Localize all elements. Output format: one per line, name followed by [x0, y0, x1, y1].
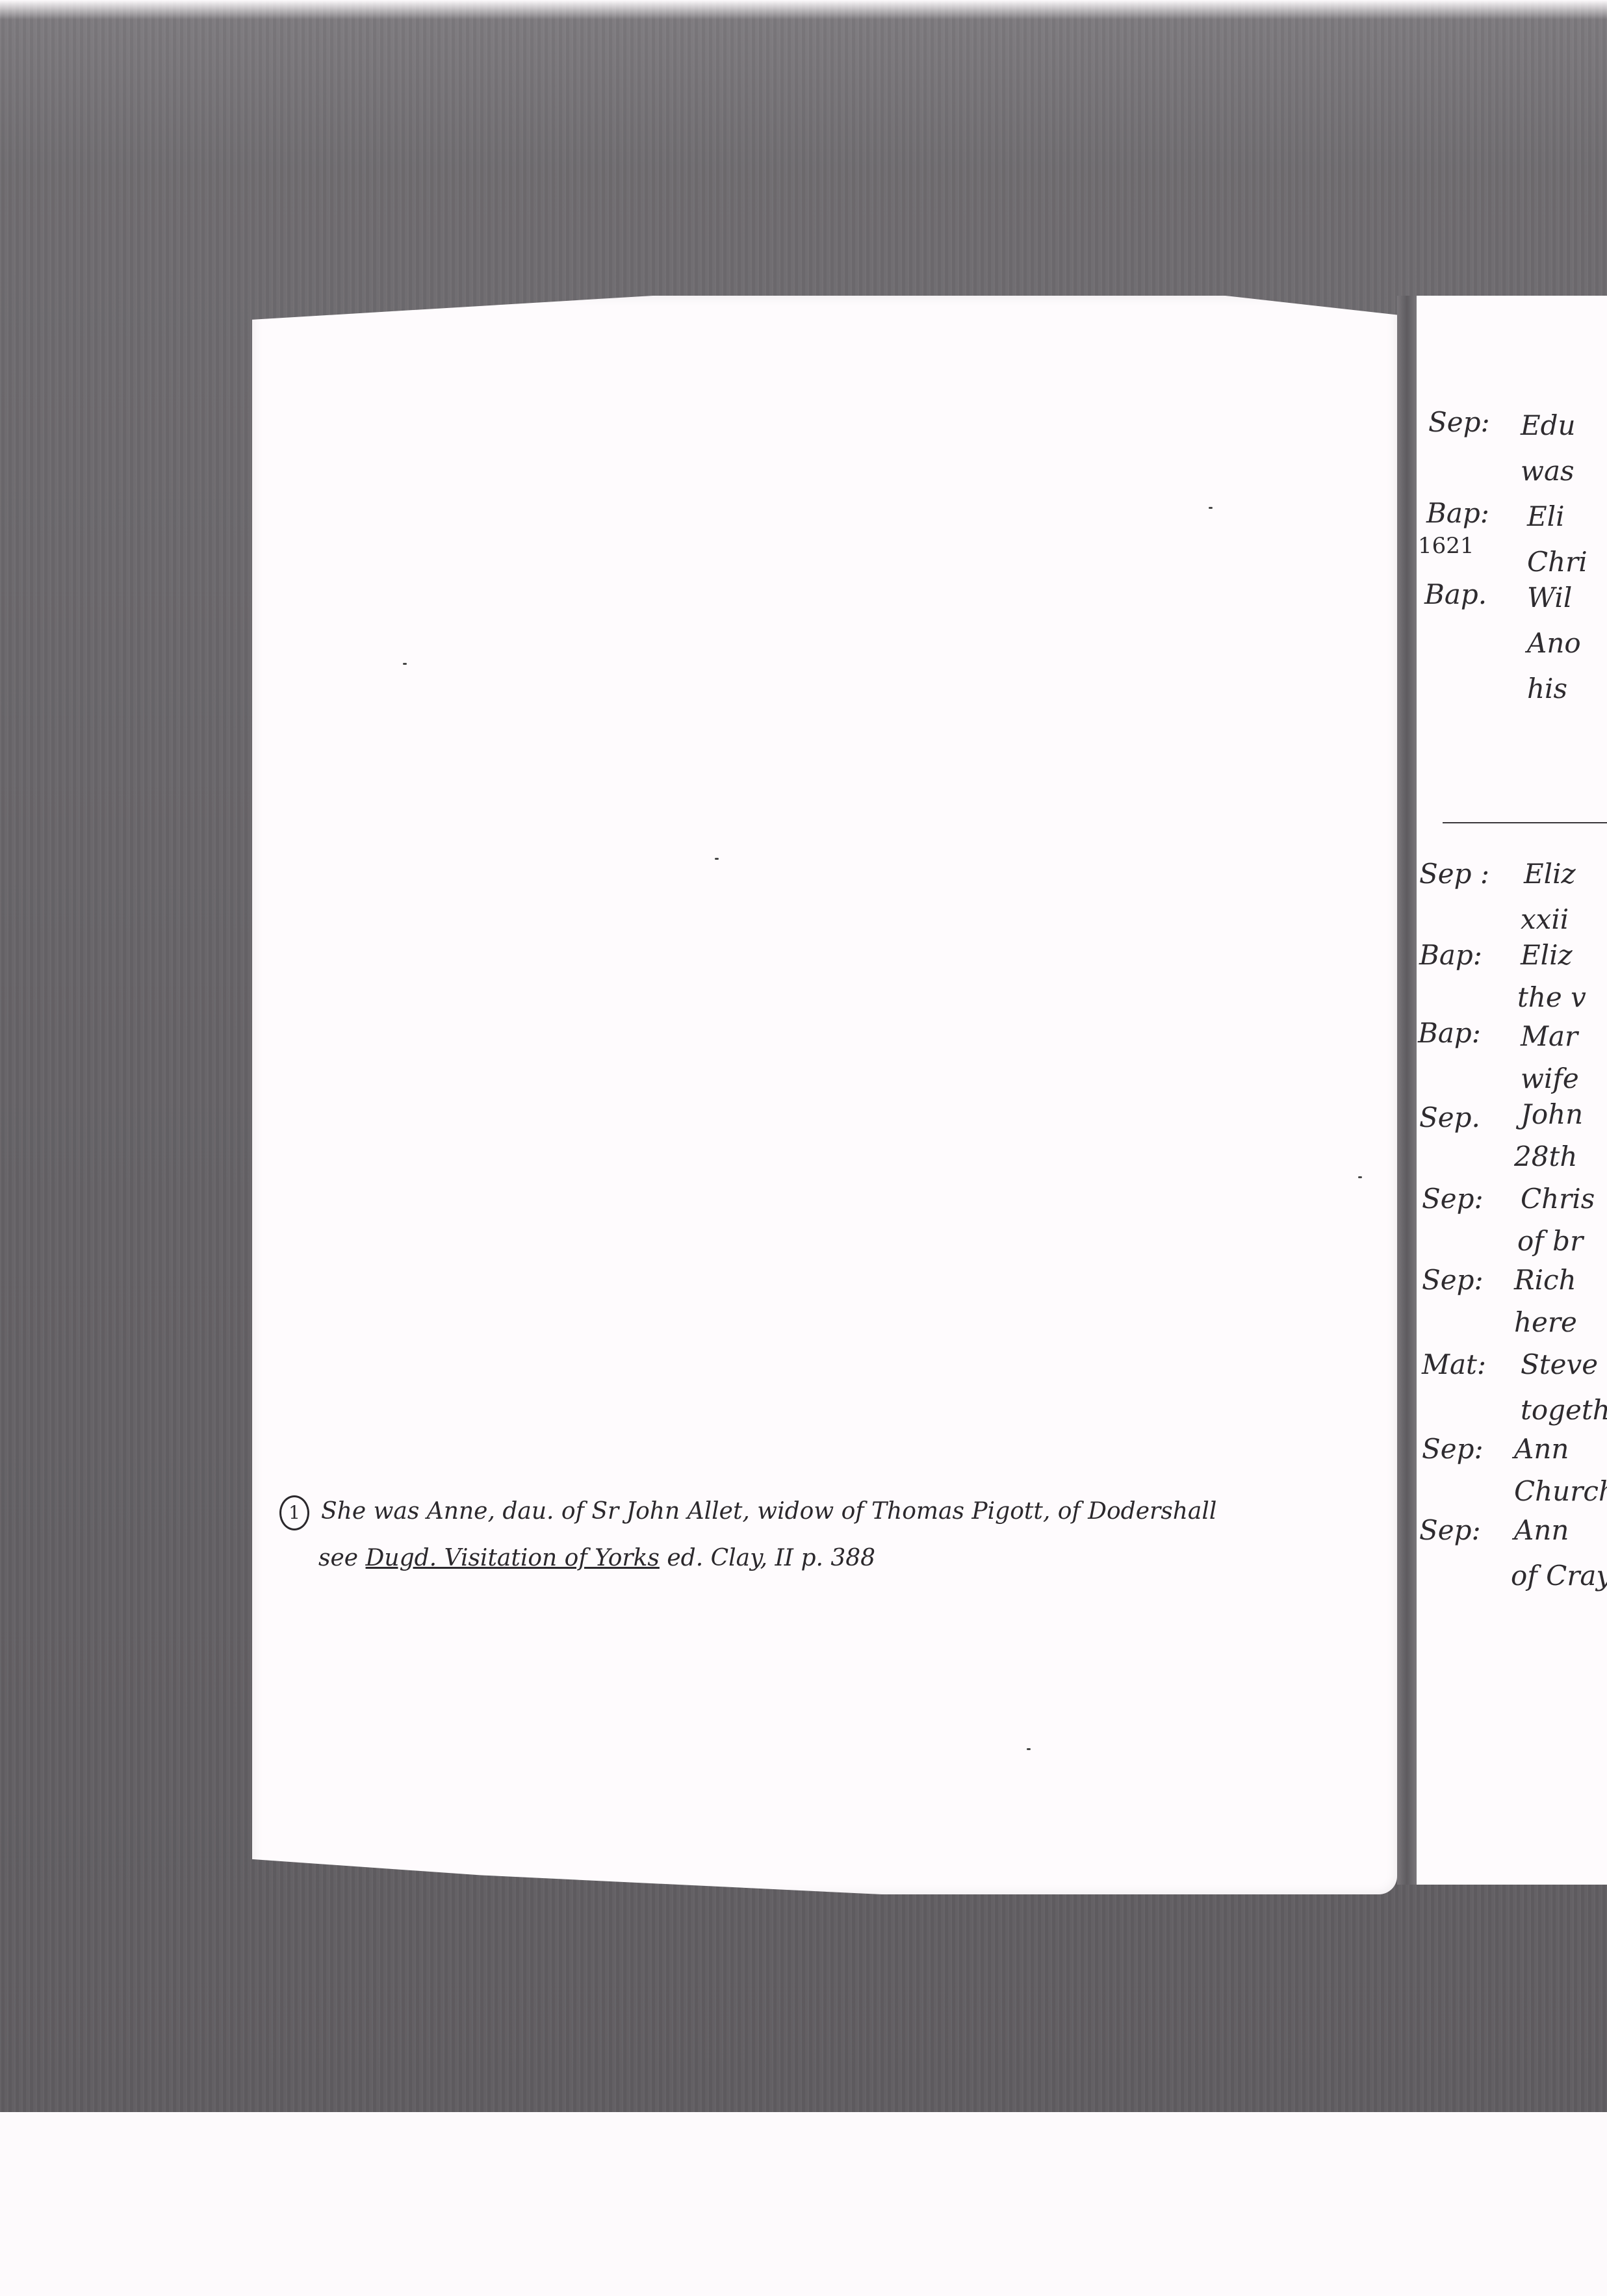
entry-text: John — [1521, 1098, 1583, 1130]
entry-label: Mat: — [1422, 1348, 1486, 1380]
entry-text: Chris — [1521, 1183, 1595, 1215]
section-divider — [1443, 822, 1607, 823]
entry-continuation: wife — [1521, 1063, 1579, 1094]
footnote-line-2: see Dugd. Visitation of Yorks ed. Clay, … — [279, 1535, 1319, 1582]
margin-year: 1621 — [1418, 533, 1474, 559]
footnote-reference-details: ed. Clay, II p. 388 — [667, 1545, 875, 1571]
entry-label: Bap: — [1426, 497, 1489, 529]
entry-continuation: Church — [1514, 1475, 1607, 1507]
footnote-reference-title: Dugd. Visitation of Yorks — [366, 1545, 660, 1571]
entry-continuation: was — [1521, 455, 1575, 487]
right-page: Sep: Edu was Bap: Eli 1621 Chri Bap. Wil… — [1417, 296, 1607, 1885]
entry-text: Mar — [1521, 1020, 1578, 1052]
entry-label: Bap. — [1424, 578, 1487, 610]
entry-text: Edu — [1521, 409, 1576, 441]
scan-speck — [1209, 507, 1213, 509]
entry-continuation: 28th — [1514, 1141, 1577, 1172]
entry-label: Sep: — [1422, 1433, 1484, 1465]
entry-text: Eliz — [1521, 939, 1573, 971]
entry-label: Bap: — [1418, 1017, 1481, 1049]
entry-label: Sep: — [1428, 406, 1490, 438]
scan-top-edge — [0, 0, 1607, 19]
footnote: 1She was Anne, dau. of Sr John Allet, wi… — [279, 1488, 1319, 1582]
entry-continuation: Ano — [1527, 627, 1581, 659]
entry-text: Eli — [1527, 500, 1565, 532]
entry-continuation: of br — [1517, 1225, 1583, 1257]
entry-text: Eliz — [1524, 858, 1576, 890]
entry-continuation: of Cray — [1511, 1560, 1607, 1592]
book-gutter — [1397, 296, 1417, 1885]
entry-continuation: here — [1514, 1306, 1577, 1338]
scan-bottom-margin — [0, 2112, 1607, 2296]
entry-text: Rich — [1514, 1264, 1576, 1296]
entry-label: Sep: — [1422, 1183, 1484, 1215]
register-entries: Sep: Edu was Bap: Eli 1621 Chri Bap. Wil… — [1417, 296, 1607, 1885]
scan-speck — [1027, 1748, 1031, 1750]
entry-text: Ann — [1514, 1433, 1569, 1465]
footnote-text: She was Anne, dau. of Sr John Allet, wid… — [321, 1498, 1216, 1525]
entry-continuation: togeth — [1521, 1394, 1607, 1426]
entry-text: Wil — [1527, 582, 1572, 613]
footnote-marker: 1 — [279, 1495, 309, 1530]
entry-label: Sep. — [1419, 1102, 1480, 1133]
entry-text: Steve — [1521, 1348, 1598, 1380]
entry-continuation: the v — [1517, 981, 1586, 1013]
entry-label: Bap: — [1419, 939, 1482, 971]
scan-speck — [1358, 1176, 1362, 1178]
entry-continuation: xxii — [1521, 903, 1569, 935]
entry-continuation: his — [1527, 673, 1567, 704]
footnote-line-1: 1She was Anne, dau. of Sr John Allet, wi… — [279, 1488, 1319, 1535]
footnote-see: see — [318, 1545, 358, 1571]
left-page — [252, 296, 1397, 1894]
entry-label: Sep : — [1419, 858, 1489, 890]
scan-speck — [715, 858, 719, 860]
entry-label: Sep: — [1419, 1514, 1481, 1546]
entry-text: Ann — [1514, 1514, 1569, 1546]
entry-continuation: Chri — [1527, 546, 1588, 578]
entry-label: Sep: — [1422, 1264, 1484, 1296]
scan-speck — [403, 663, 407, 665]
